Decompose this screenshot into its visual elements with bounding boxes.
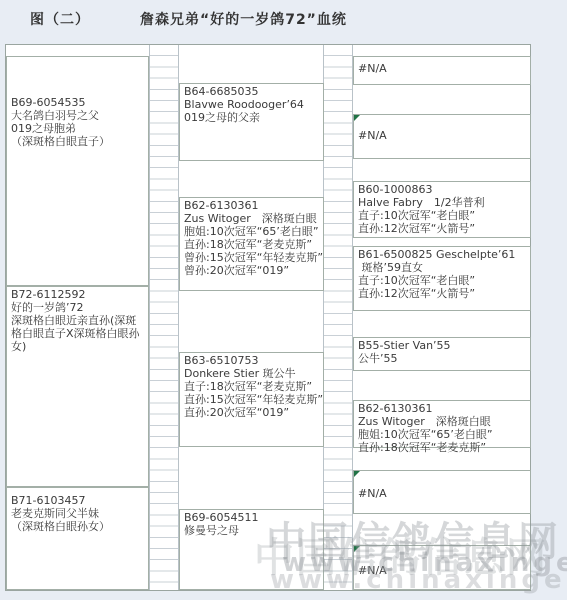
pedigree-cell-gen3-4[interactable]: B61-6500825 Geschelpte’61 斑格’59直女 直子:10次… [353, 246, 531, 311]
pedigree-cell-gen1-sire[interactable]: B69-6054535 大名鸽白羽号之父 019之母胞弟 （深斑格白眼直子） [6, 56, 149, 286]
pedigree-cell-text: B63-6510753 Donkere Stier 斑公牛 直子:18次冠军“老… [184, 354, 320, 419]
na-value: #N/A [358, 487, 527, 500]
pedigree-cell-text: B61-6500825 Geschelpte’61 斑格’59直女 直子:10次… [358, 248, 527, 300]
pedigree-cell-text: B55-Stier Van’55 公牛’55 [358, 339, 527, 365]
pedigree-cell-text: B69-6054511 修曼号之母 [184, 511, 320, 537]
na-value: #N/A [358, 62, 527, 75]
pedigree-cell-text: B69-6054535 大名鸽白羽号之父 019之母胞弟 （深斑格白眼直子） [11, 96, 145, 148]
pedigree-cell-text: B64-6685035 Blavwe Roodooger’64 019之母的父亲 [184, 85, 320, 124]
pedigree-cell-gen2-1[interactable]: B64-6685035 Blavwe Roodooger’64 019之母的父亲 [179, 83, 324, 161]
pedigree-cell-text: B60-1000863 Halve Fabry 1/2华普利 直子:10次冠军“… [358, 183, 527, 235]
pedigree-cell-gen2-2[interactable]: B62-6130361 Zus Witoger 深格斑白眼 胞姐:10次冠军“6… [179, 197, 324, 291]
error-indicator-icon [354, 115, 360, 121]
pedigree-cell-gen2-3[interactable]: B63-6510753 Donkere Stier 斑公牛 直子:18次冠军“老… [179, 352, 324, 447]
pedigree-cell-gen3-8[interactable]: #N/A [353, 545, 531, 590]
pedigree-page: { "title": { "figure_label": "图（二）", "ma… [0, 0, 567, 600]
pedigree-cell-text: B62-6130361 Zus Witoger 深格斑白眼 胞姐:10次冠军“6… [358, 402, 527, 454]
pedigree-cell-gen1-subject[interactable]: B72-6112592 好的一岁鸽’72 深斑格白眼近亲直孙(深斑格白眼直子X深… [6, 286, 149, 487]
pedigree-cell-gen3-1[interactable]: #N/A [353, 56, 531, 85]
pedigree-cell-gen3-5[interactable]: B55-Stier Van’55 公牛’55 [353, 337, 531, 371]
pedigree-cell-gen1-dam[interactable]: B71-6103457 老麦克斯同父半妹 （深斑格白眼孙女） [6, 487, 149, 590]
pedigree-cell-gen3-6[interactable]: B62-6130361 Zus Witoger 深格斑白眼 胞姐:10次冠军“6… [353, 400, 531, 448]
error-indicator-icon [354, 546, 360, 552]
na-value: #N/A [358, 564, 527, 577]
error-indicator-icon [354, 471, 360, 477]
pedigree-cell-text: B71-6103457 老麦克斯同父半妹 （深斑格白眼孙女） [11, 494, 145, 533]
pedigree-cell-text: B62-6130361 Zus Witoger 深格斑白眼 胞姐:10次冠军“6… [184, 199, 320, 277]
spacer-column-left [149, 45, 179, 590]
title-bar: 图（二） 詹森兄弟“好的一岁鸽72”血统 [0, 0, 567, 44]
pedigree-cell-gen2-4[interactable]: B69-6054511 修曼号之母 [179, 509, 324, 590]
pedigree-cell-text: B72-6112592 好的一岁鸽’72 深斑格白眼近亲直孙(深斑格白眼直子X深… [11, 288, 145, 353]
pedigree-cell-gen3-2[interactable]: #N/A [353, 114, 531, 159]
spacer-column-right [323, 45, 353, 590]
na-value: #N/A [358, 129, 527, 142]
pedigree-cell-gen3-7[interactable]: #N/A [353, 470, 531, 514]
pedigree-cell-gen3-3[interactable]: B60-1000863 Halve Fabry 1/2华普利 直子:10次冠军“… [353, 181, 531, 238]
figure-label: 图（二） [30, 9, 90, 29]
pedigree-sheet: B69-6054535 大名鸽白羽号之父 019之母胞弟 （深斑格白眼直子） B… [5, 44, 531, 591]
page-title: 詹森兄弟“好的一岁鸽72”血统 [140, 9, 347, 29]
